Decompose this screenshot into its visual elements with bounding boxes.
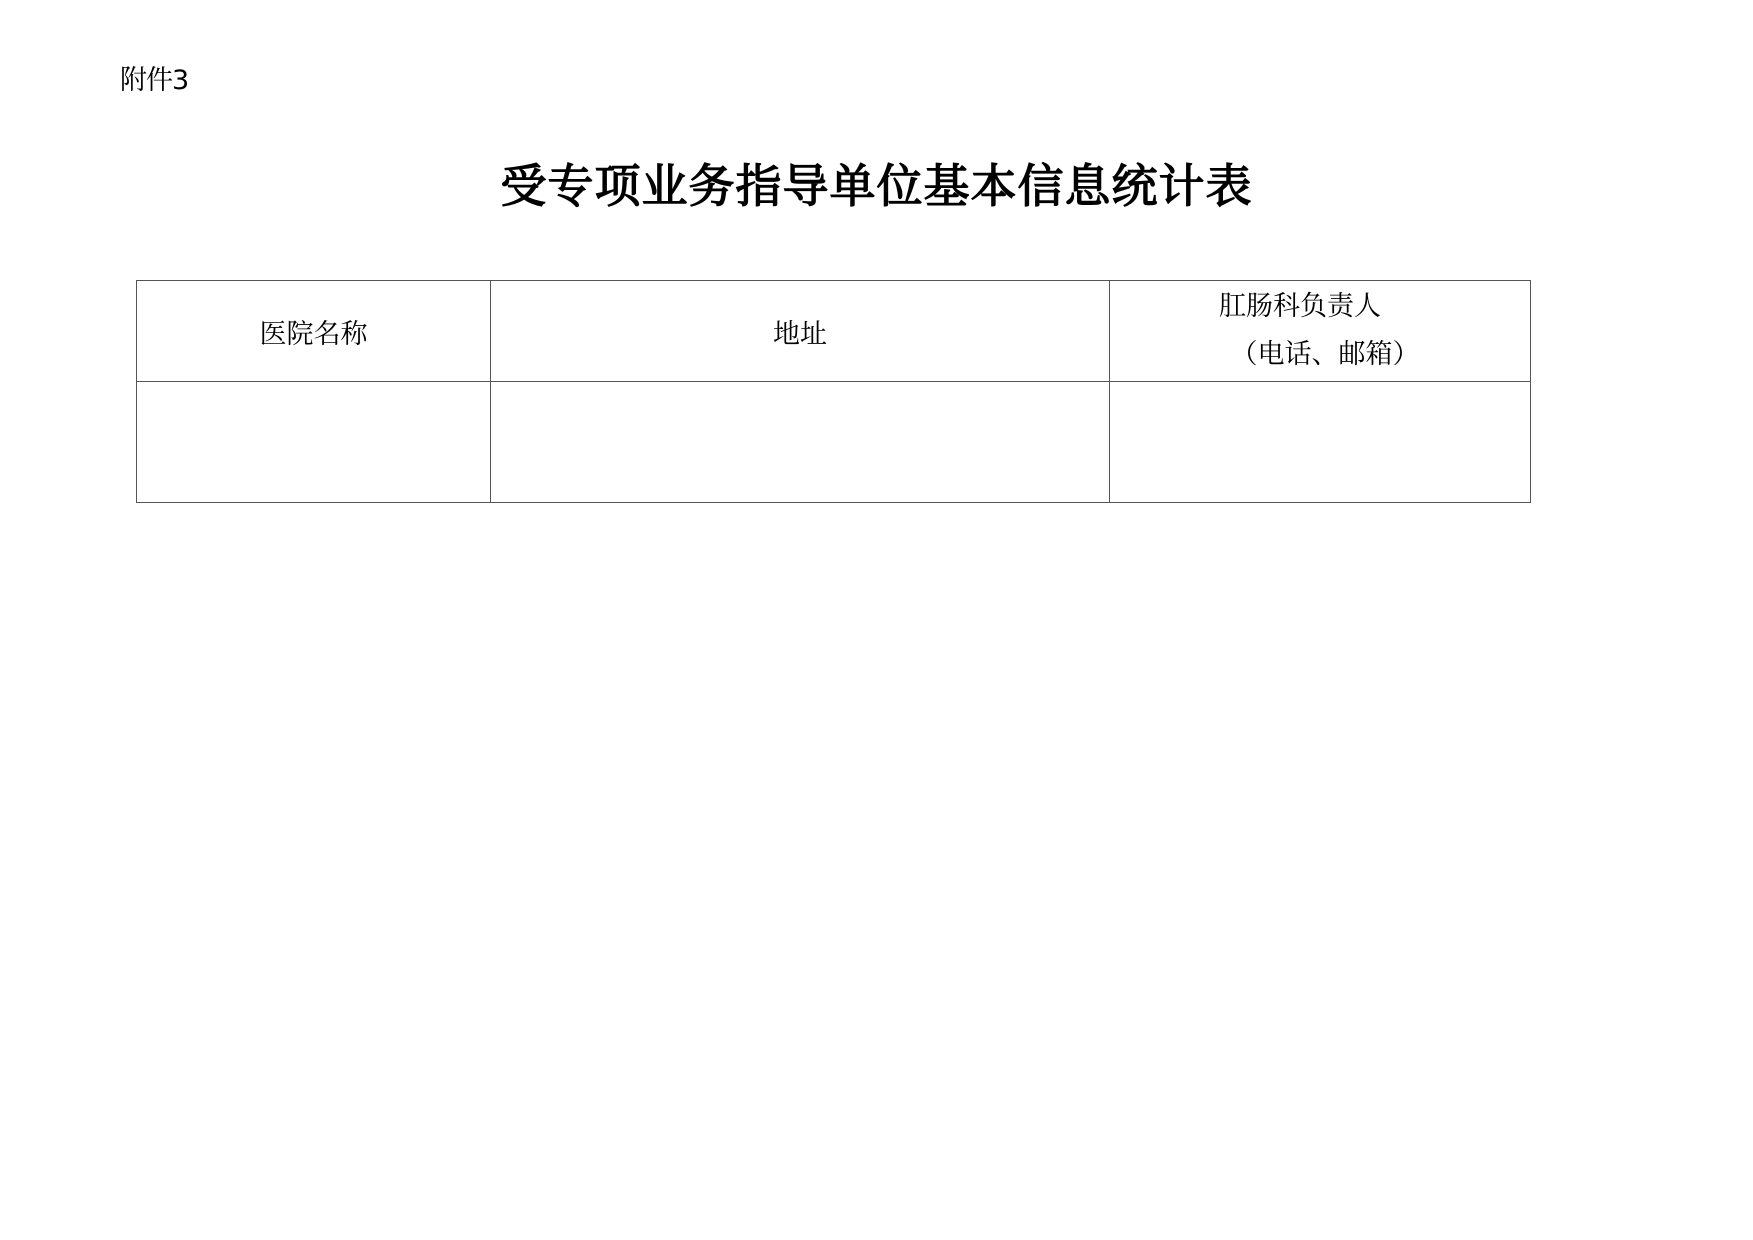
- table-row: [137, 382, 1531, 503]
- header-hospital-name: 医院名称: [137, 281, 491, 382]
- header-address: 地址: [491, 281, 1110, 382]
- table-header-row: 医院名称 地址 肛肠科负责人 （电话、邮箱）: [137, 281, 1531, 382]
- header-contact-person-subtitle: （电话、邮箱）: [1110, 331, 1530, 379]
- page-title: 受专项业务指导单位基本信息统计表: [0, 158, 1753, 214]
- cell-address[interactable]: [491, 382, 1110, 503]
- header-contact-person-title: 肛肠科负责人: [1110, 283, 1530, 331]
- attachment-label: 附件3: [120, 64, 188, 98]
- info-table: 医院名称 地址 肛肠科负责人 （电话、邮箱）: [136, 280, 1531, 503]
- cell-hospital-name[interactable]: [137, 382, 491, 503]
- header-contact-person: 肛肠科负责人 （电话、邮箱）: [1110, 281, 1531, 382]
- cell-contact-person[interactable]: [1110, 382, 1531, 503]
